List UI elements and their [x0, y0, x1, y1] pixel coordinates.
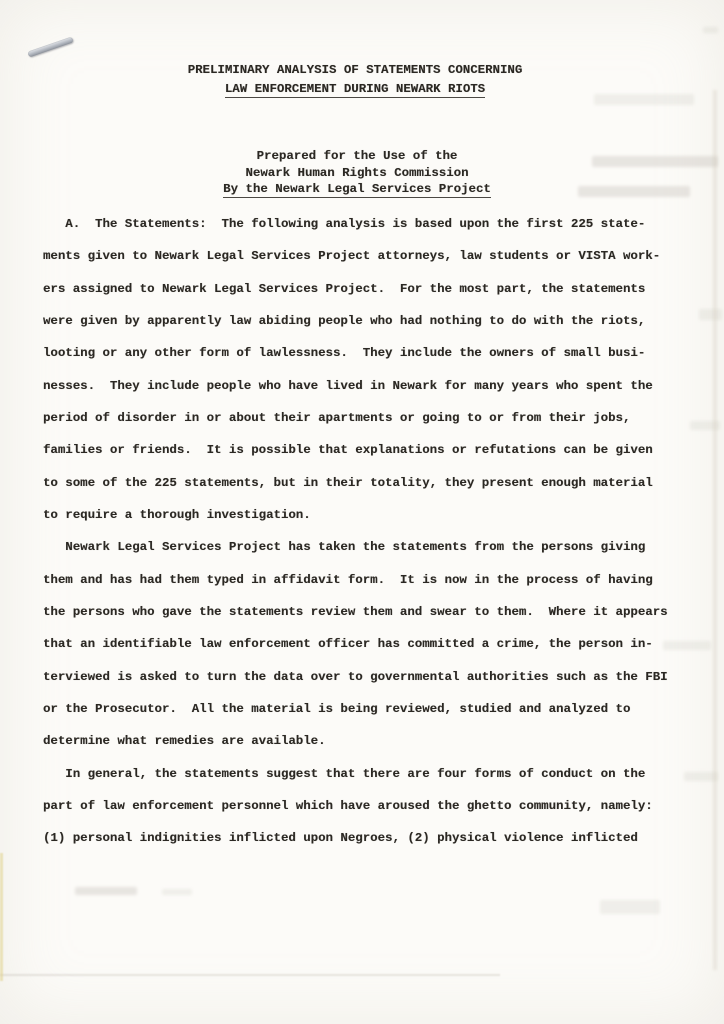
document-line-text: part of law enforcement personnel which … — [43, 799, 653, 813]
document-line: that an identifiable law enforcement off… — [43, 628, 703, 660]
document-line: period of disorder in or about their apa… — [43, 402, 703, 434]
bleedthrough-mark — [75, 887, 137, 895]
document-line-text: to require a thorough investigation. — [43, 508, 311, 522]
document-line-text: families or friends. It is possible that… — [43, 443, 653, 457]
document-line-text: period of disorder in or about their apa… — [43, 411, 630, 425]
document-subtitle: Prepared for the Use of theNewark Human … — [0, 148, 714, 198]
document-line: In general, the statements suggest that … — [43, 758, 703, 790]
document-line-text: the persons who gave the statements revi… — [43, 605, 668, 619]
document-line-text: that an identifiable law enforcement off… — [43, 637, 653, 651]
document-line: LAW ENFORCEMENT DURING NEWARK RIOTS — [0, 80, 710, 99]
document-line: to some of the 225 statements, but in th… — [43, 467, 703, 499]
bleedthrough-mark — [162, 889, 192, 895]
document-line: Prepared for the Use of the — [0, 148, 714, 165]
document-line-text: to some of the 225 statements, but in th… — [43, 476, 653, 490]
document-body: A. The Statements: The following analysi… — [43, 208, 703, 855]
document-line: part of law enforcement personnel which … — [43, 790, 703, 822]
document-line: A. The Statements: The following analysi… — [43, 208, 703, 240]
document-line: ers assigned to Newark Legal Services Pr… — [43, 273, 703, 305]
document-line-text: Prepared for the Use of the — [257, 149, 458, 163]
document-line: them and has had them typed in affidavit… — [43, 564, 703, 596]
document-line-text: Newark Human Rights Commission — [245, 166, 468, 180]
document-line-text: PRELIMINARY ANALYSIS OF STATEMENTS CONCE… — [188, 63, 523, 77]
document-line-text: (1) personal indignities inflicted upon … — [43, 831, 638, 845]
document-line: the persons who gave the statements revi… — [43, 596, 703, 628]
document-line-text: or the Prosecutor. All the material is b… — [43, 702, 630, 716]
document-line-text: Newark Legal Services Project has taken … — [43, 540, 645, 554]
bleedthrough-mark — [703, 27, 718, 33]
scan-line-artifact — [0, 974, 500, 976]
document-line: By the Newark Legal Services Project — [0, 181, 714, 198]
bleedthrough-mark — [600, 900, 660, 914]
staple-icon — [27, 37, 73, 58]
document-line-text: nesses. They include people who have liv… — [43, 379, 653, 393]
scanned-document-page: PRELIMINARY ANALYSIS OF STATEMENTS CONCE… — [0, 0, 724, 1024]
document-line-text: looting or any other form of lawlessness… — [43, 346, 645, 360]
document-title: PRELIMINARY ANALYSIS OF STATEMENTS CONCE… — [0, 61, 710, 98]
document-line: families or friends. It is possible that… — [43, 434, 703, 466]
document-line: determine what remedies are available. — [43, 725, 703, 757]
document-line-text: In general, the statements suggest that … — [43, 767, 645, 781]
document-line-text: ments given to Newark Legal Services Pro… — [43, 249, 660, 263]
document-line: Newark Human Rights Commission — [0, 165, 714, 182]
document-line-text: By the Newark Legal Services Project — [223, 182, 491, 198]
document-line: nesses. They include people who have liv… — [43, 370, 703, 402]
document-line-text: terviewed is asked to turn the data over… — [43, 670, 668, 684]
document-line-text: LAW ENFORCEMENT DURING NEWARK RIOTS — [225, 82, 485, 98]
document-line-text: A. The Statements: The following analysi… — [43, 217, 645, 231]
document-line: to require a thorough investigation. — [43, 499, 703, 531]
document-line-text: ers assigned to Newark Legal Services Pr… — [43, 282, 645, 296]
page-edge-discoloration — [0, 853, 3, 981]
scan-streak — [713, 90, 717, 970]
document-line: (1) personal indignities inflicted upon … — [43, 822, 703, 854]
document-line: looting or any other form of lawlessness… — [43, 337, 703, 369]
document-line-text: determine what remedies are available. — [43, 734, 326, 748]
document-line: terviewed is asked to turn the data over… — [43, 661, 703, 693]
document-line: Newark Legal Services Project has taken … — [43, 531, 703, 563]
document-line: ments given to Newark Legal Services Pro… — [43, 240, 703, 272]
document-line-text: were given by apparently law abiding peo… — [43, 314, 645, 328]
document-line: or the Prosecutor. All the material is b… — [43, 693, 703, 725]
document-line: PRELIMINARY ANALYSIS OF STATEMENTS CONCE… — [0, 61, 710, 80]
document-line: were given by apparently law abiding peo… — [43, 305, 703, 337]
document-line-text: them and has had them typed in affidavit… — [43, 573, 653, 587]
